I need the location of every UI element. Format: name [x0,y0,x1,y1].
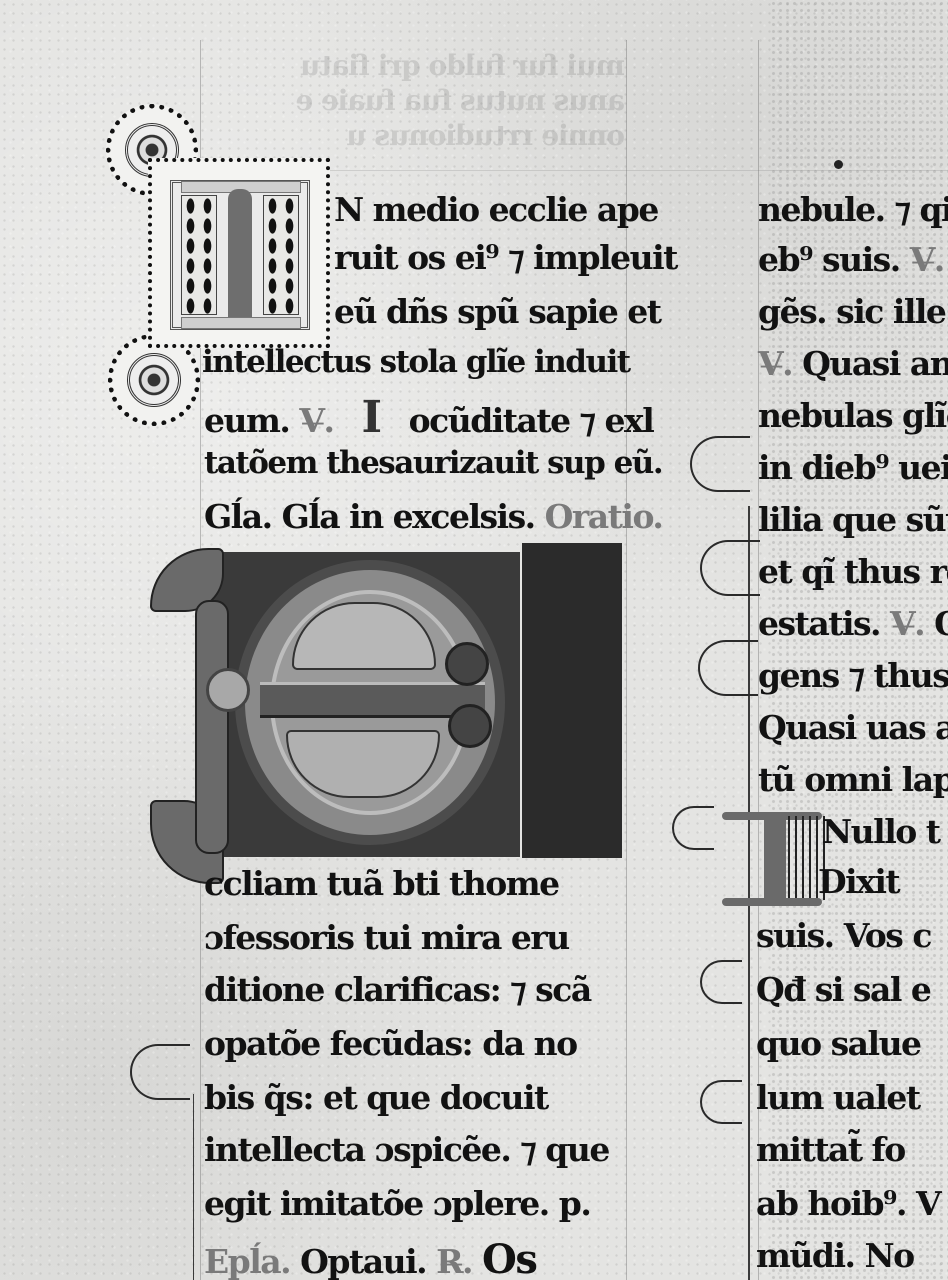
text-line-with-rubric: eum. V̶. I ocũditate ⁊ exl [204,392,653,443]
text-segment: Gĺa. [204,497,282,536]
responsory-rubric-mark: R̶. [436,1242,472,1280]
text-line: in dieb⁹ uei [758,448,948,487]
versicle-rubric-mark: V̶. [890,604,924,643]
text-segment: eum. [204,401,289,440]
initial-E-terminal-bottom [448,704,492,748]
versicle-rubric-mark: V̶. [299,401,333,440]
text-line-with-rubric: estatis. V̶. Q [758,604,948,643]
text-line: tatõem thesaurizauit sup eũ. [204,445,662,481]
text-line: lum ualet [756,1078,920,1117]
text-line: Dixit [818,862,899,901]
text-segment: ocũditate ⁊ exl [409,401,654,440]
text-line: quo salue [756,1024,921,1063]
text-line: lilia que sũt [758,500,948,539]
initial-I-frame [170,180,310,330]
versicle-rubric-mark: V̶. [758,344,792,383]
text-segment: Quasi an [802,344,948,383]
text-line: ab hoib⁹. V [756,1184,940,1223]
text-line: intellecta ɔspicẽe. ⁊ que [204,1130,609,1169]
text-line: opatõe fecũdas: da no [204,1024,577,1063]
pen-flourish [700,960,742,1004]
text-line: egit imitatõe ɔplere. p. [204,1184,590,1223]
text-line: ditione clarificas: ⁊ scã [204,970,591,1009]
initial-I-small-stem [764,816,786,900]
epistola-rubric: Epĺa. [204,1242,290,1280]
pen-flourish [700,540,760,596]
text-line-with-rubric: Gĺa. Gĺa in excelsis. Oratio. [204,497,662,536]
text-segment: eb⁹ suis. [758,240,900,279]
initial-I-panel-left [181,195,217,315]
initial-I-stem [228,189,252,325]
pen-flourish [700,1080,742,1124]
text-segment: estatis. [758,604,880,643]
text-segment: Optaui. [300,1242,426,1280]
text-line: Nullo t [822,812,939,851]
text-line: ruit os ei⁹ ⁊ impleuit [334,238,677,277]
text-line-with-rubric: V̶. Quasi an [758,344,948,383]
initial-E-terminal-top [445,642,489,686]
oratio-rubric: Oratio. [545,497,663,536]
text-line: Quasi uas a [758,708,948,747]
initial-I-panel-right [263,195,299,315]
initial-I-serif-bottom [181,317,301,329]
margin-pen-line [193,1094,194,1280]
versicle-rubric-mark: V̶. [910,240,944,279]
show-through-text: mui fur fuldo qri fiatu anus nutus fua f… [185,48,625,153]
text-line: eũ dñs spũ sapie et [334,292,661,331]
text-line: bis q̃s: et que docuit [204,1078,548,1117]
text-line-with-rubric: eb⁹ suis. V̶. C [758,240,948,279]
text-line: Qđ si sal e [756,970,930,1009]
ghost-line: mui fur fuldo qri fiatu [185,48,625,83]
initial-I-decorated [148,158,330,348]
acanthus-leaf-stem-left [195,600,229,854]
minor-initial-I: I [362,392,381,443]
ghost-line: anus nutus fua fuaie e [185,83,625,118]
text-line: N medio ecclie ape [334,190,658,229]
initial-I-small-serif-bottom [722,898,822,906]
text-line: ɔfessoris tui mira eru [204,918,569,957]
text-line: mittat̃ fo [756,1130,905,1169]
text-segment: Gĺa in excelsis. [282,497,535,536]
initial-I-small [722,812,810,904]
text-segment: Os [482,1236,536,1280]
text-line: tũ omni lap [758,760,948,799]
text-line: gẽs. sic ille ei [758,292,948,331]
text-segment: Vos c [844,916,931,955]
ghost-line: onnie rrtudionus u [185,118,625,153]
text-line: mũdi. No [756,1236,914,1275]
text-line: ccliam tuã bti thome [204,864,559,903]
pen-flourish [672,806,714,850]
pen-flourish [130,1044,190,1100]
ink-spot [834,160,843,169]
pen-flourish [698,640,758,696]
text-line: gens ⁊ thus [758,656,948,695]
initial-E-boss-left [206,668,250,712]
pen-flourish [690,436,750,492]
text-line: nebulas glĩo [758,396,948,435]
text-line-with-rubric: Epĺa. Optaui. R̶. Os [204,1236,536,1280]
text-line-with-rubric: suis. Vos c [756,916,931,955]
text-line: intellectus stola glĩe induit [202,344,630,380]
text-line: nebule. ⁊ qi l [758,190,948,229]
illumination-panel [522,543,622,858]
text-segment: suis. [756,916,834,955]
text-segment: Q [934,604,948,643]
text-line: et qĩ thus re [758,552,948,591]
